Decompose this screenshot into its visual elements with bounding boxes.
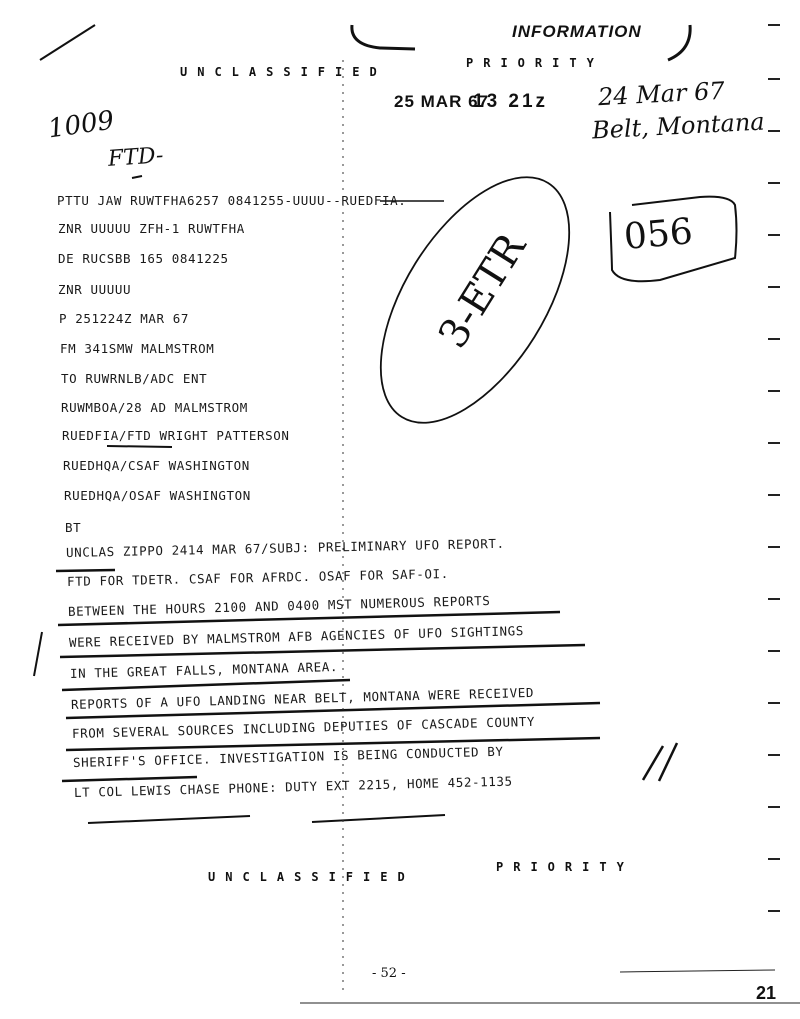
- edge-tick: [768, 910, 780, 912]
- precedence-footer: PRIORITY: [496, 860, 634, 874]
- body-line: SHERIFF'S OFFICE. INVESTIGATION IS BEING…: [73, 744, 504, 770]
- routing-line: DE RUCSBB 165 0841225: [58, 251, 229, 266]
- body-line: REPORTS OF A UFO LANDING NEAR BELT, MONT…: [71, 685, 534, 712]
- edge-tick: [768, 650, 780, 652]
- edge-tick: [768, 598, 780, 600]
- body-line: UNCLAS ZIPPO 2414 MAR 67/SUBJ: PRELIMINA…: [66, 536, 505, 560]
- handwritten-routing-circled: 3-ETR: [430, 226, 535, 356]
- body-line: FROM SEVERAL SOURCES INCLUDING DEPUTIES …: [72, 714, 535, 741]
- handwritten-file-number: 1009: [46, 106, 116, 145]
- body-line: IN THE GREAT FALLS, MONTANA AREA.: [70, 659, 338, 681]
- page-number: - 52 -: [372, 966, 406, 981]
- edge-tick: [768, 546, 780, 548]
- edge-tick: [768, 338, 780, 340]
- routing-line: FM 341SMW MALMSTROM: [60, 341, 214, 356]
- edge-tick: [768, 24, 780, 26]
- edge-tick: [768, 754, 780, 756]
- classification-header: UNCLASSIFIED: [180, 65, 387, 79]
- routing-line: RUEDHQA/OSAF WASHINGTON: [64, 488, 251, 503]
- edge-tick: [768, 442, 780, 444]
- routing-line: RUWMBOA/28 AD MALMSTROM: [61, 400, 248, 415]
- corner-number: 21: [756, 983, 776, 1004]
- handwritten-boxed-number: 056: [622, 211, 694, 258]
- body-line: WERE RECEIVED BY MALMSTROM AFB AGENCIES …: [69, 623, 524, 650]
- routing-line: RUEDFIA/FTD WRIGHT PATTERSON: [62, 428, 290, 443]
- body-line: BETWEEN THE HOURS 2100 AND 0400 MST NUME…: [68, 593, 491, 619]
- routing-line: P 251224Z MAR 67: [59, 311, 189, 326]
- handwritten-office: FTD-: [107, 143, 164, 172]
- routing-line: ZNR UUUUU: [58, 282, 131, 297]
- classification-footer: UNCLASSIFIED: [208, 870, 415, 884]
- edge-tick: [768, 858, 780, 860]
- edge-tick: [768, 130, 780, 132]
- edge-tick: [768, 234, 780, 236]
- break-marker: BT: [65, 520, 81, 535]
- body-line: LT COL LEWIS CHASE PHONE: DUTY EXT 2215,…: [74, 774, 513, 800]
- edge-tick: [768, 702, 780, 704]
- precedence-header: PRIORITY: [466, 56, 604, 70]
- handwritten-place: Belt, Montana: [591, 108, 765, 145]
- edge-tick: [768, 390, 780, 392]
- routing-line: TO RUWRNLB/ADC ENT: [61, 371, 207, 386]
- edge-tick: [768, 182, 780, 184]
- edge-tick: [768, 494, 780, 496]
- edge-tick: [768, 78, 780, 80]
- handwritten-date: 24 Mar 67: [597, 77, 725, 112]
- routing-line: RUEDHQA/CSAF WASHINGTON: [63, 458, 250, 473]
- received-time-stamp: 13 21z: [473, 91, 548, 113]
- information-stamp: INFORMATION: [512, 22, 642, 42]
- routing-line: ZNR UUUUU ZFH-1 RUWTFHA: [58, 221, 245, 236]
- routing-line: PTTU JAW RUWTFHA6257 0841255-UUUU--RUEDF…: [57, 193, 406, 208]
- edge-tick: [768, 806, 780, 808]
- edge-tick: [768, 286, 780, 288]
- body-line: FTD FOR TDETR. CSAF FOR AFRDC. OSAF FOR …: [67, 566, 449, 589]
